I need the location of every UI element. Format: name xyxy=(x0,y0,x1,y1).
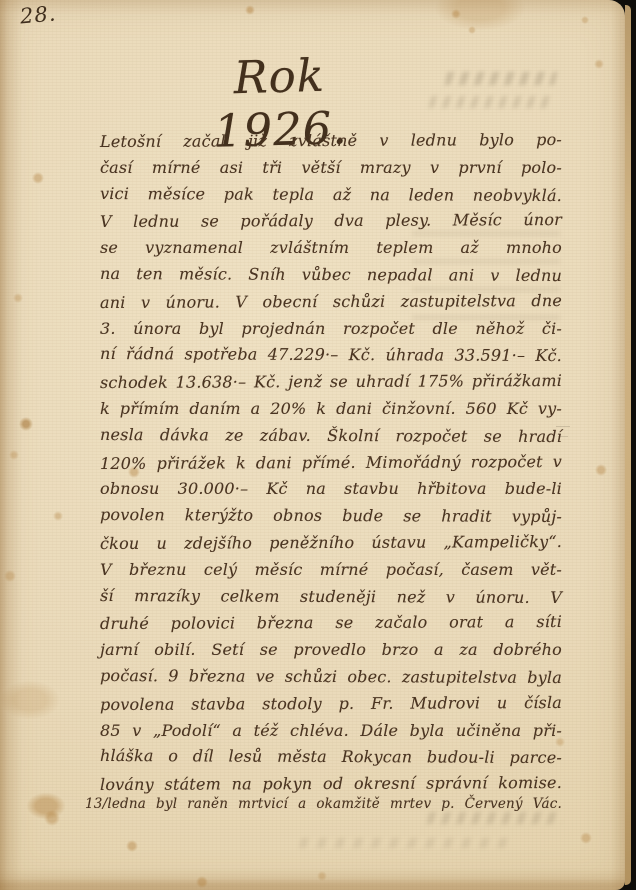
manuscript-line: povolen kterýžto obnos bude se hradit vy… xyxy=(100,502,562,531)
manuscript-line: vici měsíce pak tepla až na leden neobvy… xyxy=(100,181,562,210)
manuscript-line: povolena stavba stodoly p. Fr. Mudrovi u… xyxy=(100,690,562,719)
manuscript-line: obnosu 30.000·– Kč na stavbu hřbitova bu… xyxy=(100,476,562,503)
chronicle-page: 28. Rok 1926. Letošní začal již zvláštně… xyxy=(0,0,625,890)
manuscript-line: schodek 13.638·– Kč. jenž se uhradí 175%… xyxy=(100,368,562,397)
manuscript-line: počasí. 9 března ve schůzi obec. zastupi… xyxy=(100,663,562,692)
manuscript-line: čkou u zdejšího peněžního ústavu „Kampel… xyxy=(100,529,562,558)
manuscript-line: Letošní začal již zvláštně v lednu bylo … xyxy=(100,127,562,156)
manuscript-line: jarní obilí. Setí se provedlo brzo a za … xyxy=(100,637,562,664)
manuscript-line: nesla dávka ze zábav. Školní rozpočet se… xyxy=(100,422,562,451)
ink-show-through xyxy=(429,96,556,108)
scanned-chronicle-photo: 28. Rok 1926. Letošní začal již zvláštně… xyxy=(0,0,636,890)
manuscript-line: k přímím daním a 20% k dani činžovní. 56… xyxy=(100,396,562,423)
manuscript-line: ní řádná spotřeba 47.229·– Kč. úhrada 33… xyxy=(100,341,562,370)
page-number: 28. xyxy=(19,1,57,28)
manuscript-line: hláška o díl lesů města Rokycan budou-li… xyxy=(100,743,562,772)
manuscript-line: ani v únoru. V obecní schůzi zastupitels… xyxy=(100,288,562,317)
manuscript-line: 3. února byl projednán rozpočet dle něho… xyxy=(100,316,562,343)
manuscript-line: druhé polovici března se začalo orat a s… xyxy=(100,609,562,638)
manuscript-line: 120% přirážek k dani přímé. Mimořádný ro… xyxy=(100,449,562,478)
manuscript-line: lovány státem na pokyn od okresní správn… xyxy=(100,770,562,799)
page-stack-edge xyxy=(625,5,631,885)
manuscript-line: se vyznamenal zvláštním teplem až mnoho xyxy=(100,235,562,262)
manuscript-line: 85 v „Podolí“ a též chléva. Dále byla uč… xyxy=(100,718,562,745)
manuscript-line: ší mrazíky celkem studeněji než v únoru.… xyxy=(100,583,562,612)
manuscript-line: V březnu celý měsíc mírné počasí, časem … xyxy=(100,557,562,584)
manuscript-line: na ten měsíc. Sníh vůbec nepadal ani v l… xyxy=(100,261,562,290)
manuscript-line: V lednu se pořádaly dva plesy. Měsíc úno… xyxy=(100,207,562,236)
manuscript-text: Letošní začal již zvláštně v lednu bylo … xyxy=(100,128,562,815)
ink-show-through xyxy=(299,838,516,848)
ink-show-through xyxy=(445,72,558,85)
manuscript-line: časí mírné asi tři větší mrazy v první p… xyxy=(100,155,562,182)
